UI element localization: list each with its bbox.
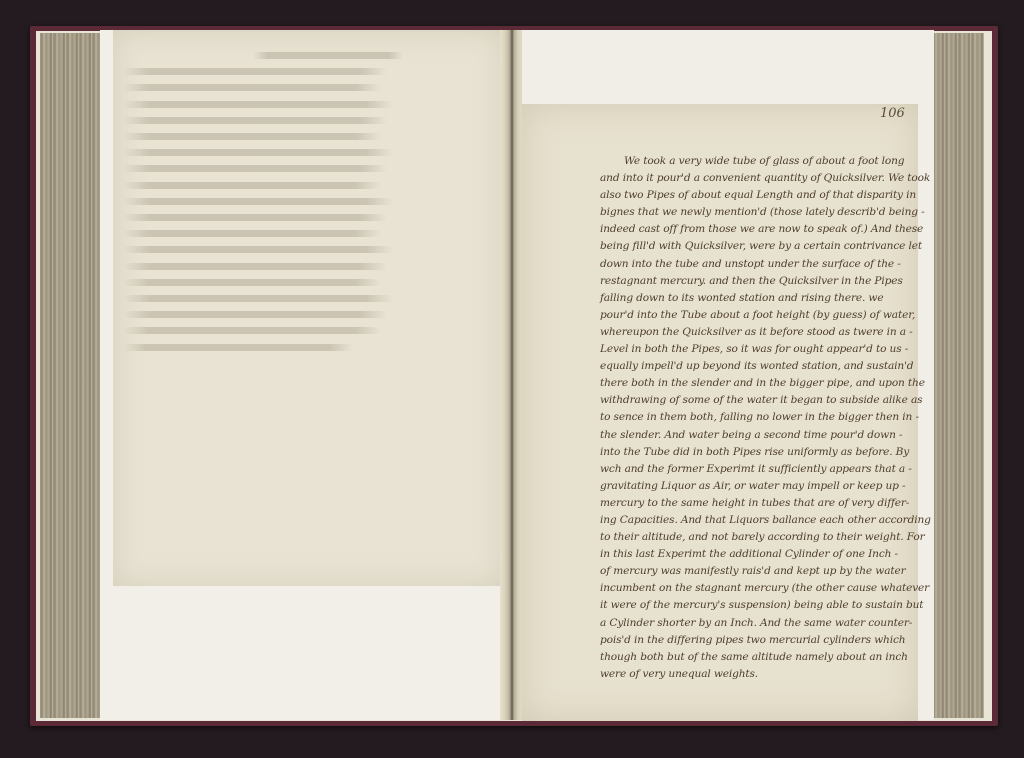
bleed-through-line <box>123 246 393 253</box>
manuscript-line: pois'd in the differing pipes two mercur… <box>600 632 920 649</box>
bleed-through-line <box>123 117 387 124</box>
right-page-block-edge <box>932 33 984 718</box>
bleed-through-line <box>123 84 381 91</box>
manuscript-line: bignes that we newly mention'd (those la… <box>600 204 920 221</box>
bleed-through-line <box>123 68 387 75</box>
manuscript-line: in this last Experimt the additional Cyl… <box>600 546 920 563</box>
manuscript-line: equally impell'd up beyond its wonted st… <box>600 358 920 375</box>
book-gutter <box>500 30 524 720</box>
manuscript-line: were of very unequal weights. <box>600 666 920 683</box>
manuscript-line: pour'd into the Tube about a foot height… <box>600 307 920 324</box>
manuscript-line: of mercury was manifestly rais'd and kep… <box>600 563 920 580</box>
manuscript-line: to their altitude, and not barely accord… <box>600 529 920 546</box>
manuscript-line: down into the tube and unstopt under the… <box>600 256 920 273</box>
manuscript-line: mercury to the same height in tubes that… <box>600 495 920 512</box>
left-page-block-edge <box>40 33 100 718</box>
left-manuscript-leaf <box>113 30 503 586</box>
manuscript-line: ing Capacities. And that Liquors ballanc… <box>600 512 920 529</box>
page-number: 106 <box>880 106 905 121</box>
manuscript-line: restagnant mercury. and then the Quicksi… <box>600 273 920 290</box>
bleed-through-line <box>123 149 393 156</box>
manuscript-line: falling down to its wonted station and r… <box>600 290 920 307</box>
bleed-through-line <box>123 198 393 205</box>
manuscript-line: and into it pour'd a convenient quantity… <box>600 170 920 187</box>
manuscript-line: there both in the slender and in the big… <box>600 375 920 392</box>
manuscript-line: also two Pipes of about equal Length and… <box>600 187 920 204</box>
bleed-through-line <box>123 327 381 334</box>
bleed-through-line <box>123 214 387 221</box>
manuscript-line: the slender. And water being a second ti… <box>600 427 920 444</box>
bleed-through-line <box>123 230 381 237</box>
bleed-through-line <box>123 295 393 302</box>
manuscript-line: a Cylinder shorter by an Inch. And the s… <box>600 615 920 632</box>
manuscript-line: gravitating Liquor as Air, or water may … <box>600 478 920 495</box>
manuscript-line: being fill'd with Quicksilver, were by a… <box>600 238 920 255</box>
bleed-through-line <box>123 311 387 318</box>
manuscript-line: withdrawing of some of the water it bega… <box>600 392 920 409</box>
manuscript-line: indeed cast off from those we are now to… <box>600 221 920 238</box>
bleed-through-line <box>123 133 381 140</box>
manuscript-line: wch and the former Experimt it sufficien… <box>600 461 920 478</box>
manuscript-line: into the Tube did in both Pipes rise uni… <box>600 444 920 461</box>
manuscript-line: whereupon the Quicksilver as it before s… <box>600 324 920 341</box>
bleed-through-line <box>123 344 353 351</box>
bleed-through-line <box>123 182 381 189</box>
bleed-through-line <box>253 52 403 59</box>
bleed-through-line <box>123 279 381 286</box>
manuscript-line: Level in both the Pipes, so it was for o… <box>600 341 920 358</box>
manuscript-text: We took a very wide tube of glass of abo… <box>600 153 920 683</box>
bleed-through-line <box>123 101 393 108</box>
manuscript-line: it were of the mercury's suspension) bei… <box>600 597 920 614</box>
manuscript-line: though both but of the same altitude nam… <box>600 649 920 666</box>
manuscript-line: to sence in them both, falling no lower … <box>600 409 920 426</box>
manuscript-line: incumbent on the stagnant mercury (the o… <box>600 580 920 597</box>
manuscript-line: We took a very wide tube of glass of abo… <box>600 153 920 170</box>
bleed-through-line <box>123 165 387 172</box>
bleed-through-line <box>123 263 387 270</box>
